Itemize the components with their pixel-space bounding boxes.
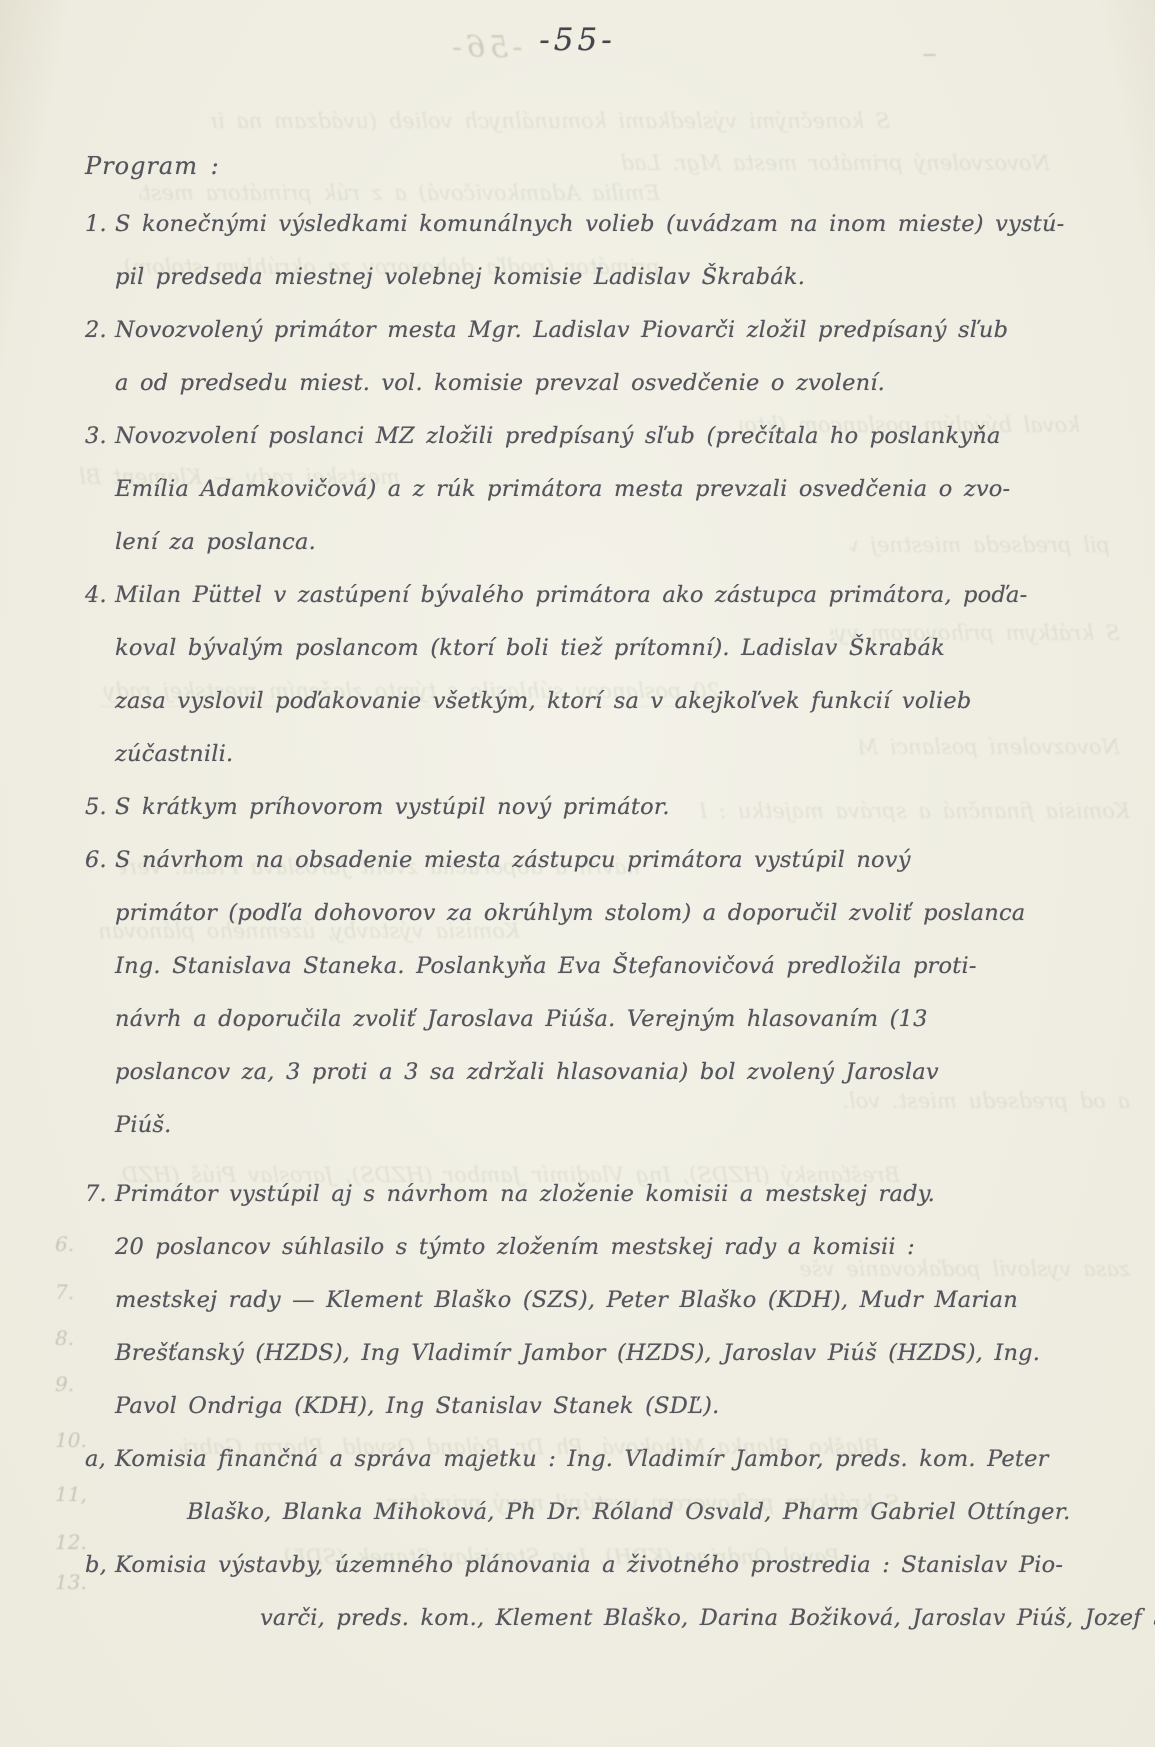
- ghost-ink-line: S konečnými výsledkami komunálnych volie…: [210, 106, 890, 136]
- ghost-margin-number: 9.: [55, 1372, 74, 1396]
- handwritten-line: mestskej rady — Klement Blaško (SZS), Pe…: [85, 1274, 1095, 1327]
- program-item-b: b,Komisia výstavby, územného plánovania …: [85, 1539, 1095, 1645]
- line-text: Komisia výstavby, územného plánovania a …: [115, 1539, 1063, 1592]
- page-header: -56- -55- –: [0, 22, 1155, 58]
- line-text: Pavol Ondriga (KDH), Ing Stanislav Stane…: [115, 1380, 719, 1433]
- ghost-margin-number: 8.: [55, 1326, 74, 1350]
- handwritten-line: poslancov za, 3 proti a 3 sa zdržali hla…: [85, 1046, 1095, 1099]
- ghost-margin-number: 11,: [55, 1482, 87, 1506]
- handwritten-line: b,Komisia výstavby, územného plánovania …: [85, 1539, 1095, 1592]
- line-text: S konečnými výsledkami komunálnych volie…: [115, 198, 1064, 251]
- item-marker: 5.: [85, 781, 115, 834]
- item-marker: 1.: [85, 198, 115, 251]
- handwritten-line: Piúš.: [85, 1099, 1095, 1152]
- handwritten-line: 7.Primátor vystúpil aj s návrhom na zlož…: [85, 1168, 1095, 1221]
- handwritten-line: Pavol Ondriga (KDH), Ing Stanislav Stane…: [85, 1380, 1095, 1433]
- handwritten-line: 1.S konečnými výsledkami komunálnych vol…: [85, 198, 1095, 251]
- line-text: varči, preds. kom., Klement Blaško, Dari…: [115, 1592, 1155, 1645]
- item-marker: b,: [85, 1539, 115, 1592]
- line-text: primátor (podľa dohovorov za okrúhlym st…: [115, 887, 1025, 940]
- ghost-margin-number: 6.: [55, 1232, 74, 1256]
- line-text: Brešťanský (HZDS), Ing Vladimír Jambor (…: [115, 1327, 1040, 1380]
- line-text: Ing. Stanislava Staneka. Poslankyňa Eva …: [115, 940, 977, 993]
- handwritten-line: lení za poslanca.: [85, 516, 1095, 569]
- handwritten-line: koval bývalým poslancom (ktorí boli tiež…: [85, 622, 1095, 675]
- ghost-page-number: -56-: [448, 30, 522, 65]
- program-item-7: 7.Primátor vystúpil aj s návrhom na zlož…: [85, 1168, 1095, 1433]
- handwritten-line: Emília Adamkovičová) a z rúk primátora m…: [85, 463, 1095, 516]
- handwritten-line: zasa vyslovil poďakovanie všetkým, ktorí…: [85, 675, 1095, 728]
- handwritten-line: 4.Milan Püttel v zastúpení bývalého prim…: [85, 569, 1095, 622]
- line-text: Novozvolený primátor mesta Mgr. Ladislav…: [115, 304, 1008, 357]
- line-text: Piúš.: [115, 1099, 172, 1152]
- item-marker: a,: [85, 1433, 115, 1486]
- item-marker: 7.: [85, 1168, 115, 1221]
- program-item-a: a,Komisia finančná a správa majetku : In…: [85, 1433, 1095, 1539]
- line-text: a od predsedu miest. vol. komisie prevza…: [115, 357, 885, 410]
- program-item-2: 2.Novozvolený primátor mesta Mgr. Ladisl…: [85, 304, 1095, 410]
- handwritten-line: 2.Novozvolený primátor mesta Mgr. Ladisl…: [85, 304, 1095, 357]
- line-text: zasa vyslovil poďakovanie všetkým, ktorí…: [115, 675, 971, 728]
- handwritten-line: varči, preds. kom., Klement Blaško, Dari…: [85, 1592, 1095, 1645]
- handwritten-line: Brešťanský (HZDS), Ing Vladimír Jambor (…: [85, 1327, 1095, 1380]
- document-page: S konečnými výsledkami komunálnych volie…: [0, 0, 1155, 1747]
- line-text: lení za poslanca.: [115, 516, 316, 569]
- program-item-5: 5.S krátkym príhovorom vystúpil nový pri…: [85, 781, 1095, 834]
- program-item-1: 1.S konečnými výsledkami komunálnych vol…: [85, 198, 1095, 304]
- line-text: mestskej rady — Klement Blaško (SZS), Pe…: [115, 1274, 1018, 1327]
- ghost-dash: –: [922, 36, 937, 71]
- item-marker: 2.: [85, 304, 115, 357]
- handwritten-line: Blaško, Blanka Mihoková, Ph Dr. Róland O…: [85, 1486, 1095, 1539]
- line-text: Milan Püttel v zastúpení bývalého primát…: [115, 569, 1027, 622]
- line-text: 20 poslancov súhlasilo s týmto zložením …: [115, 1221, 915, 1274]
- item-marker: 4.: [85, 569, 115, 622]
- ghost-margin-number: 12.: [55, 1530, 87, 1554]
- handwritten-line: Ing. Stanislava Staneka. Poslankyňa Eva …: [85, 940, 1095, 993]
- heading-program: Program :: [85, 146, 1095, 186]
- handwritten-line: 6.S návrhom na obsadenie miesta zástupcu…: [85, 834, 1095, 887]
- item-marker: 6.: [85, 834, 115, 887]
- line-text: návrh a doporučila zvoliť Jaroslava Piúš…: [115, 993, 928, 1046]
- handwritten-line: primátor (podľa dohovorov za okrúhlym st…: [85, 887, 1095, 940]
- line-text: pil predseda miestnej volebnej komisie L…: [115, 251, 805, 304]
- line-text: Novozvolení poslanci MZ zložili predpísa…: [115, 410, 1001, 463]
- program-item-4: 4.Milan Püttel v zastúpení bývalého prim…: [85, 569, 1095, 781]
- ghost-margin-number: 13.: [55, 1570, 87, 1594]
- program-item-6: 6.S návrhom na obsadenie miesta zástupcu…: [85, 834, 1095, 1152]
- line-text: poslancov za, 3 proti a 3 sa zdržali hla…: [115, 1046, 939, 1099]
- handwritten-line: 3.Novozvolení poslanci MZ zložili predpí…: [85, 410, 1095, 463]
- handwritten-line: a,Komisia finančná a správa majetku : In…: [85, 1433, 1095, 1486]
- ghost-margin-number: 10.: [55, 1428, 87, 1452]
- item-marker: 3.: [85, 410, 115, 463]
- handwritten-line: návrh a doporučila zvoliť Jaroslava Piúš…: [85, 993, 1095, 1046]
- line-text: Emília Adamkovičová) a z rúk primátora m…: [115, 463, 1010, 516]
- line-text: zúčastnili.: [115, 728, 233, 781]
- page-number: -55-: [539, 22, 615, 58]
- line-text: koval bývalým poslancom (ktorí boli tiež…: [115, 622, 945, 675]
- ghost-margin-number: 7.: [55, 1280, 74, 1304]
- handwritten-line: pil predseda miestnej volebnej komisie L…: [85, 251, 1095, 304]
- handwritten-line: 5.S krátkym príhovorom vystúpil nový pri…: [85, 781, 1095, 834]
- handwritten-line: zúčastnili.: [85, 728, 1095, 781]
- handwritten-line: 20 poslancov súhlasilo s týmto zložením …: [85, 1221, 1095, 1274]
- line-text: Primátor vystúpil aj s návrhom na zložen…: [115, 1168, 935, 1221]
- handwritten-line: a od predsedu miest. vol. komisie prevza…: [85, 357, 1095, 410]
- handwritten-text-block: Program : 1.S konečnými výsledkami komun…: [85, 146, 1095, 1645]
- line-text: S návrhom na obsadenie miesta zástupcu p…: [115, 834, 911, 887]
- line-text: S krátkym príhovorom vystúpil nový primá…: [115, 781, 670, 834]
- line-text: Komisia finančná a správa majetku : Ing.…: [115, 1433, 1049, 1486]
- program-item-3: 3.Novozvolení poslanci MZ zložili predpí…: [85, 410, 1095, 569]
- line-text: Blaško, Blanka Mihoková, Ph Dr. Róland O…: [115, 1486, 1071, 1539]
- program-items: 1.S konečnými výsledkami komunálnych vol…: [85, 198, 1095, 1645]
